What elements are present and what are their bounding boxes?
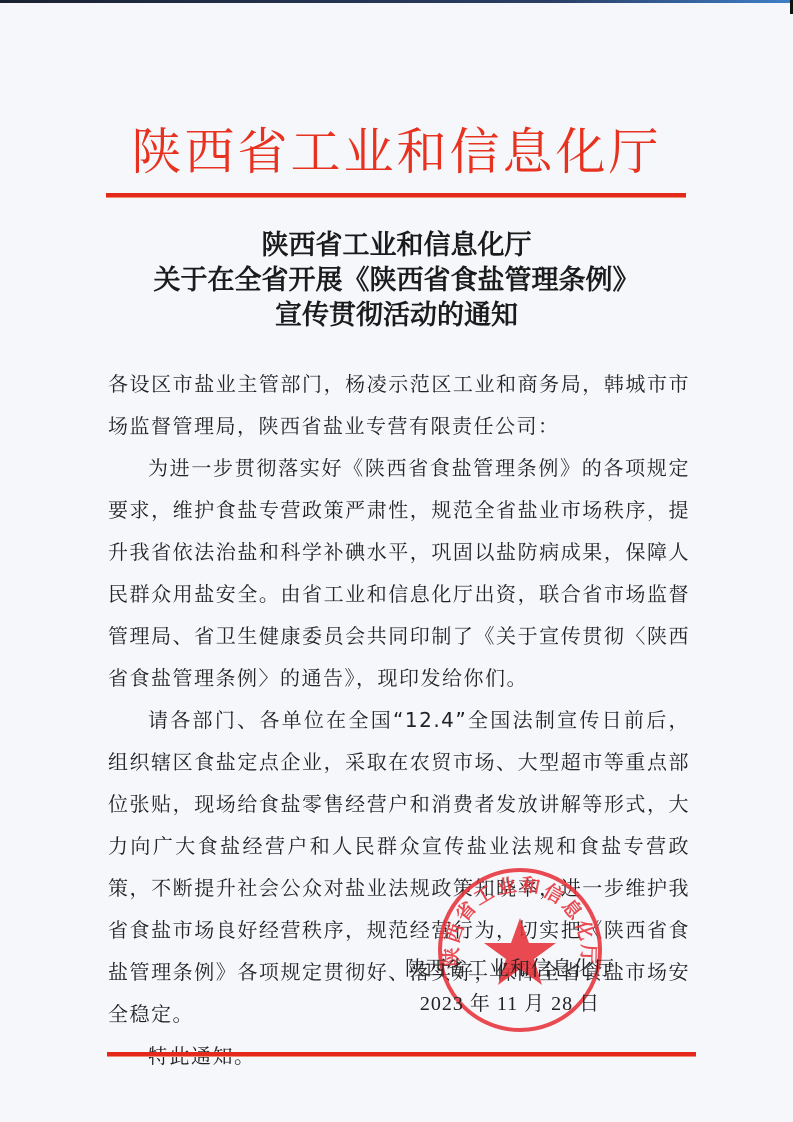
masthead-divider bbox=[106, 193, 686, 198]
signature-block: 陕西省工业和信息化厅 2023 年 11 月 28 日 bbox=[380, 950, 640, 1022]
scan-edge-top bbox=[0, 0, 793, 3]
issuer-name: 陕西省工业和信息化厅 bbox=[380, 950, 640, 986]
document-title: 陕西省工业和信息化厅 关于在全省开展《陕西省食盐管理条例》 宣传贯彻活动的通知 bbox=[100, 228, 693, 333]
footer-divider bbox=[107, 1052, 696, 1057]
title-line-1: 陕西省工业和信息化厅 bbox=[100, 228, 693, 263]
title-line-3: 宣传贯彻活动的通知 bbox=[100, 298, 693, 333]
salutation: 各设区市盐业主管部门，杨凌示范区工业和商务局，韩城市市场监督管理局，陕西省盐业专… bbox=[108, 363, 690, 447]
title-line-2: 关于在全省开展《陕西省食盐管理条例》 bbox=[100, 263, 693, 298]
masthead-org-name: 陕西省工业和信息化厅 bbox=[100, 120, 693, 184]
issue-date: 2023 年 11 月 28 日 bbox=[380, 986, 640, 1022]
paragraph: 为进一步贯彻落实好《陕西省食盐管理条例》的各项规定要求，维护食盐专营政策严肃性，… bbox=[108, 447, 690, 699]
